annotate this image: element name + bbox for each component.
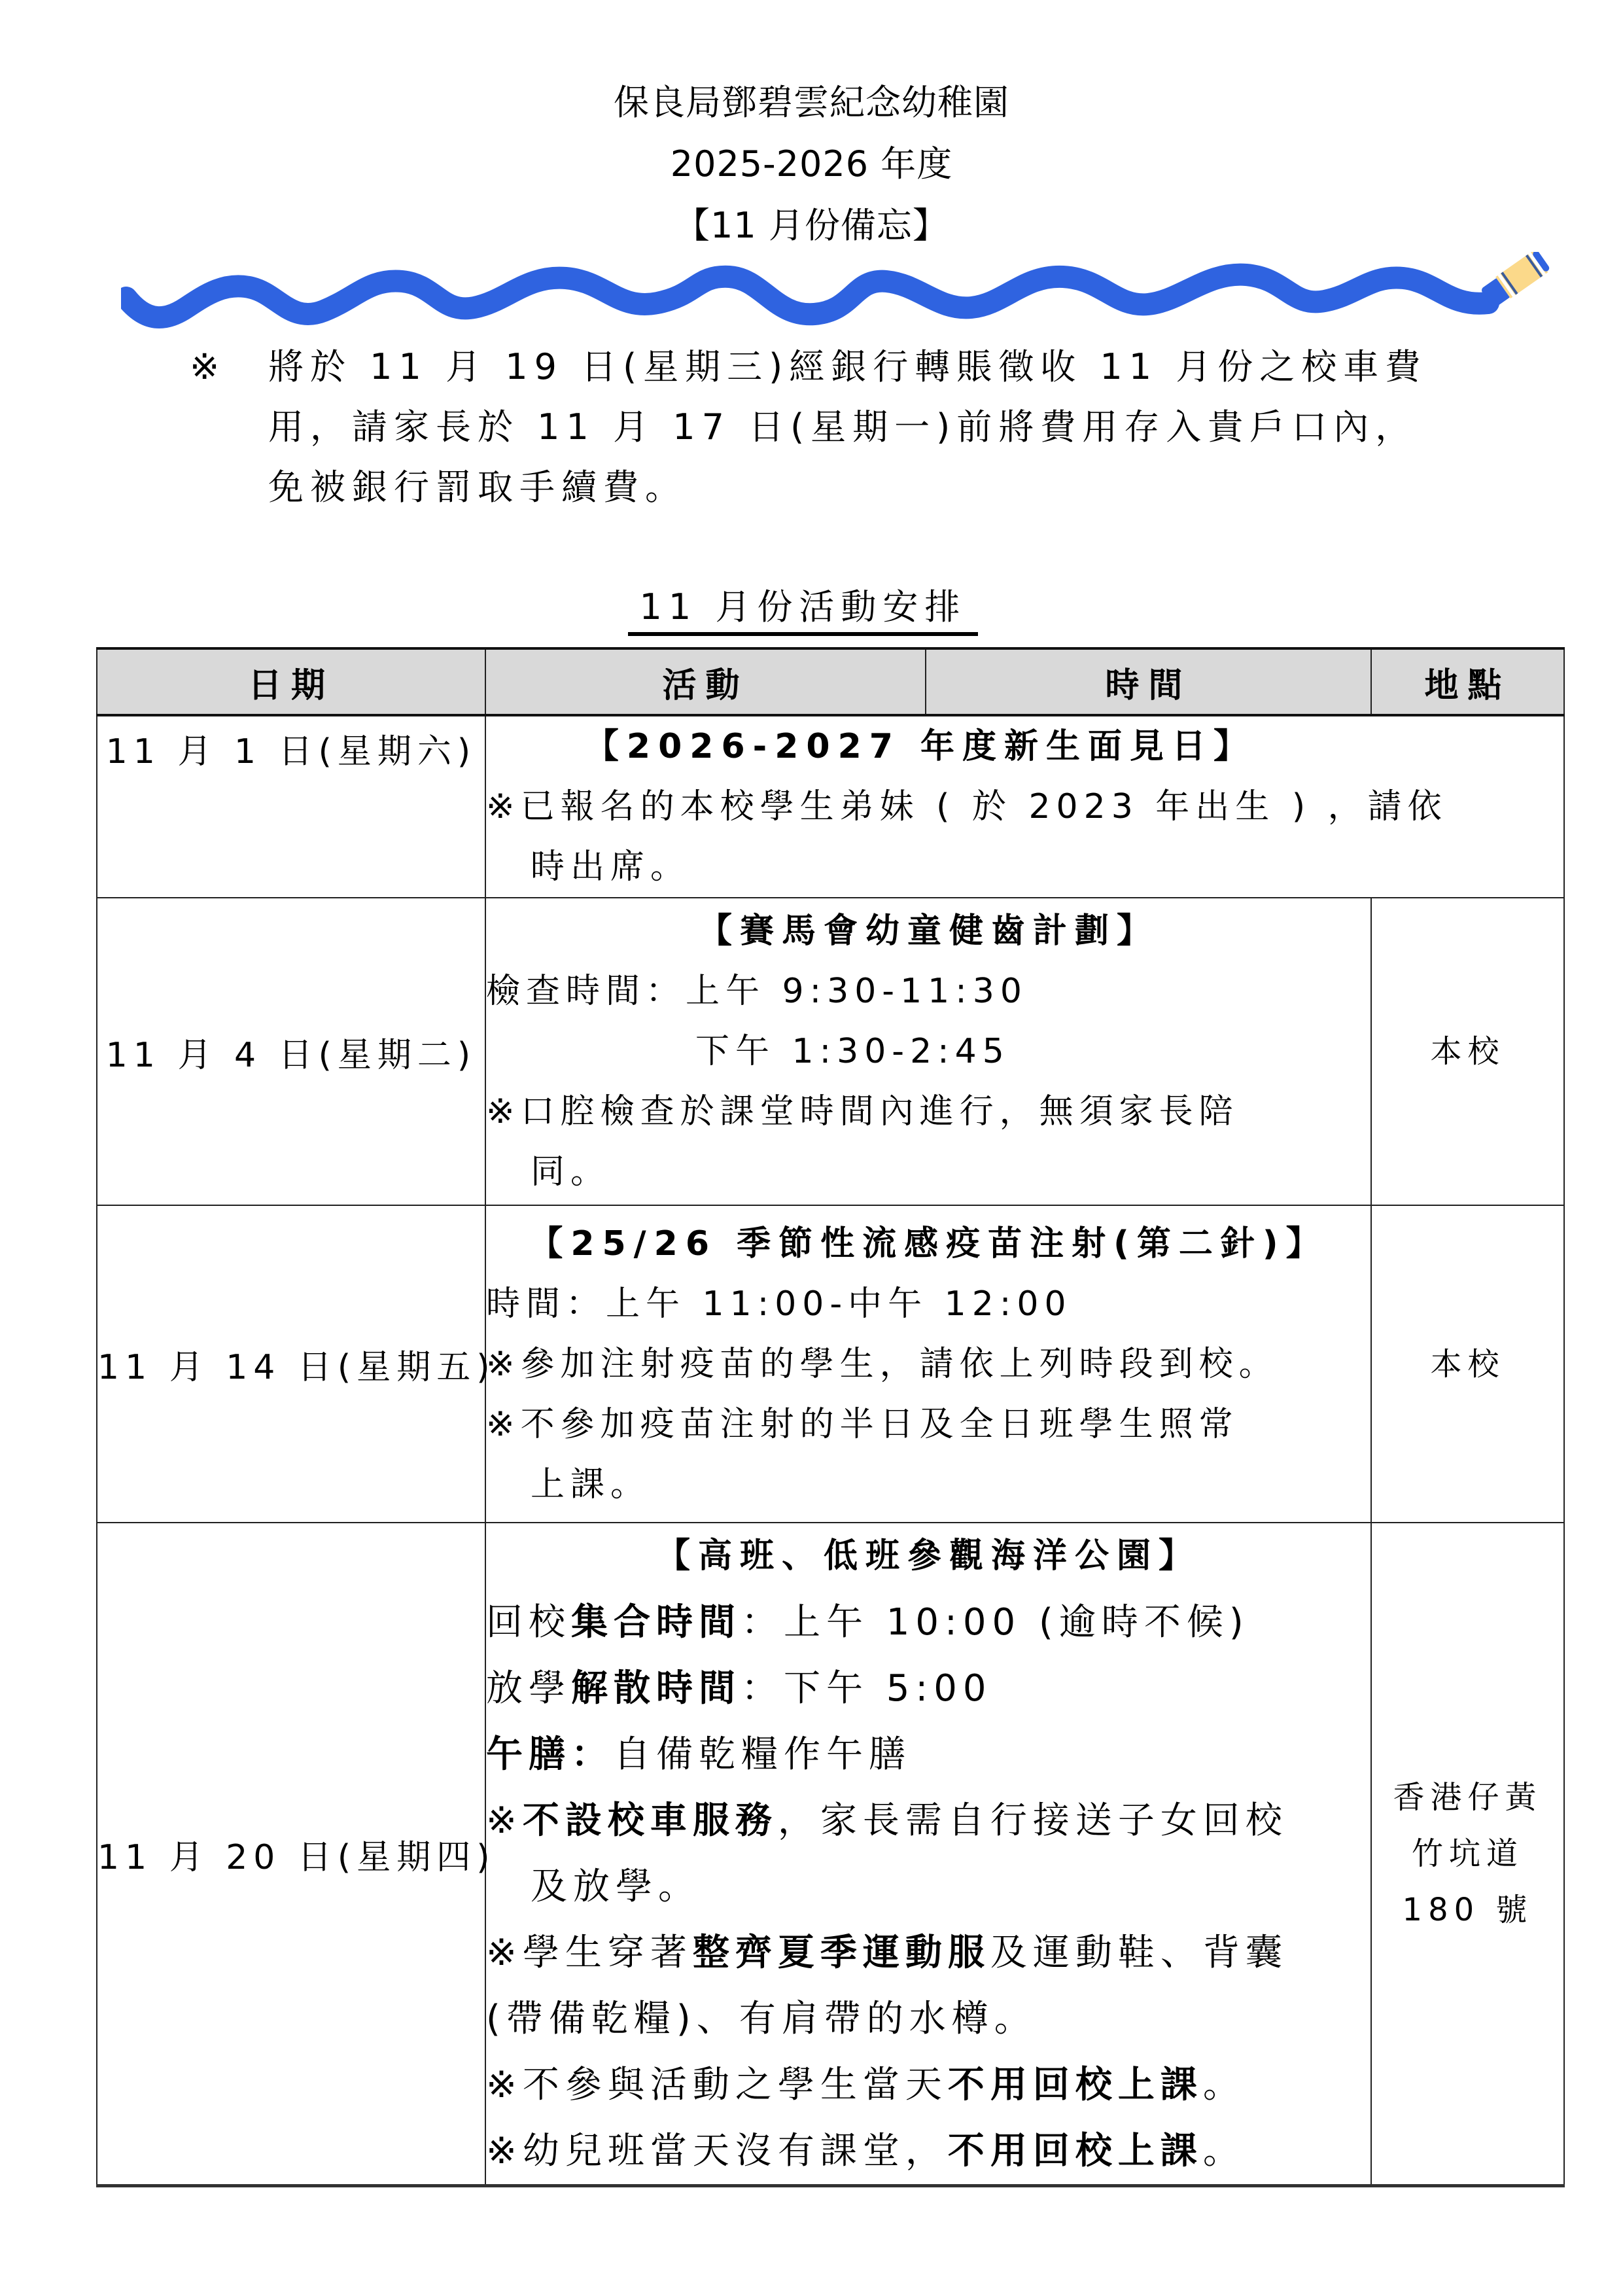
row-location: 本校 xyxy=(1371,898,1564,1205)
activity-line: 時出席。 xyxy=(486,837,1354,897)
lunch-label: 午膳： xyxy=(486,1733,614,1776)
table-row: 11 月 1 日(星期六) 【2026-2027 年度新生面見日】 ※已報名的本… xyxy=(97,715,1564,898)
activity-line: ※已報名的本校學生弟妹 ( 於 2023 年出生 ) ，請依 xyxy=(486,777,1354,837)
absent-prefix: ※不參與活動之學生當天 xyxy=(486,2064,948,2106)
document-header: 保良局鄧碧雲紀念幼稚園 2025-2026 年度 【11 月份備忘】 xyxy=(0,72,1623,256)
location-line: 竹坑道 xyxy=(1372,1826,1563,1882)
activity-line: 上課。 xyxy=(486,1455,1370,1515)
activity-title: 【2026-2027 年度新生面見日】 xyxy=(486,716,1354,777)
row-date: 11 月 4 日(星期二) xyxy=(97,898,485,1205)
row-location: 香港仔黃 竹坑道 180 號 xyxy=(1371,1523,1564,2186)
column-header-activity: 活動 xyxy=(485,648,926,715)
memo-title: 【11 月份備忘】 xyxy=(0,195,1623,256)
school-year: 2025-2026 年度 xyxy=(0,133,1623,195)
activity-title: 【高班、低班參觀海洋公園】 xyxy=(486,1523,1370,1589)
row-location: 本校 xyxy=(1371,1205,1564,1523)
dismissal-time-line: 放學解散時間：下午 5:00 xyxy=(486,1655,1370,1722)
activity-title: 【25/26 季節性流感疫苗注射(第二針)】 xyxy=(486,1214,1370,1274)
dismiss-label: 解散時間 xyxy=(571,1667,741,1710)
school-bus-line-cont: 及放學。 xyxy=(486,1854,1370,1920)
row-date: 11 月 1 日(星期六) xyxy=(97,715,485,898)
table-row: 11 月 20 日(星期四) 【高班、低班參觀海洋公園】 回校集合時間：上午 1… xyxy=(97,1523,1564,2186)
school-name: 保良局鄧碧雲紀念幼稚園 xyxy=(0,72,1623,133)
assembly-prefix: 回校 xyxy=(486,1601,571,1644)
nursery-line: ※幼兒班當天沒有課堂，不用回校上課。 xyxy=(486,2118,1370,2184)
assembly-value: ：上午 10:00 (逾時不候) xyxy=(741,1601,1249,1644)
row-activity: 【25/26 季節性流感疫苗注射(第二針)】 時間：上午 11:00-中午 12… xyxy=(485,1205,1371,1523)
notice-line-3: 免被銀行罰取手續費。 xyxy=(190,457,1485,518)
dismiss-prefix: 放學 xyxy=(486,1667,571,1710)
table-header-row: 日期 活動 時間 地點 xyxy=(97,648,1564,715)
assembly-label: 集合時間 xyxy=(571,1601,741,1644)
reference-mark-icon: ※ xyxy=(486,1799,523,1842)
uniform-line-cont: (帶備乾糧)、有肩帶的水樽。 xyxy=(486,1986,1370,2052)
activity-title: 【賽馬會幼童健齒計劃】 xyxy=(486,901,1370,961)
assembly-time-line: 回校集合時間：上午 10:00 (逾時不候) xyxy=(486,1589,1370,1655)
table-row: 11 月 14 日(星期五) 【25/26 季節性流感疫苗注射(第二針)】 時間… xyxy=(97,1205,1564,1523)
row-activity: 【高班、低班參觀海洋公園】 回校集合時間：上午 10:00 (逾時不候) 放學解… xyxy=(485,1523,1371,2186)
activity-schedule-table: 日期 活動 時間 地點 11 月 1 日(星期六) 【2026-2027 年度新… xyxy=(96,647,1565,2187)
column-header-location: 地點 xyxy=(1371,648,1564,715)
table-row: 11 月 4 日(星期二) 【賽馬會幼童健齒計劃】 檢查時間：上午 9:30-1… xyxy=(97,898,1564,1205)
notice-line-1: 將於 11 月 19 日(星期三)經銀行轉賬徵收 11 月份之校車費 xyxy=(268,346,1427,387)
nursery-prefix: ※幼兒班當天沒有課堂， xyxy=(486,2130,948,2172)
location-line: 180 號 xyxy=(1372,1882,1563,1938)
wavy-crayon-line-icon xyxy=(121,252,1554,330)
activity-line: 同。 xyxy=(486,1142,1370,1202)
uniform-line: ※學生穿著整齊夏季運動服及運動鞋、背囊 xyxy=(486,1920,1370,1986)
uniform-note: 及運動鞋、背囊 xyxy=(990,1932,1288,1974)
uniform-label: 整齊夏季運動服 xyxy=(693,1932,990,1974)
uniform-prefix: ※學生穿著 xyxy=(486,1932,693,1974)
activity-line: 下午 1:30-2:45 xyxy=(486,1021,1370,1082)
reference-mark-icon: ※ xyxy=(190,337,268,397)
no-school-label: 不用回校上課 xyxy=(948,2064,1203,2106)
lunch-value: 自備乾糧作午膳 xyxy=(614,1733,911,1776)
activity-line: 檢查時間：上午 9:30-11:30 xyxy=(486,961,1370,1021)
nursery-end: 。 xyxy=(1203,2130,1246,2172)
no-bus-label: 不設校車服務 xyxy=(523,1799,778,1842)
row-activity: 【2026-2027 年度新生面見日】 ※已報名的本校學生弟妹 ( 於 2023… xyxy=(485,715,1564,898)
activity-line: ※參加注射疫苗的學生，請依上列時段到校。 xyxy=(486,1334,1370,1394)
notice-line-2: 用，請家長於 11 月 17 日(星期一)前將費用存入貴戶口內， xyxy=(190,397,1485,457)
bus-note: ，家長需自行接送子女回校 xyxy=(778,1799,1288,1842)
column-header-date: 日期 xyxy=(97,648,485,715)
absent-end: 。 xyxy=(1203,2064,1246,2106)
column-header-time: 時間 xyxy=(926,648,1371,715)
no-school-label: 不用回校上課 xyxy=(948,2130,1203,2172)
row-date: 11 月 20 日(星期四) xyxy=(97,1523,485,2186)
schedule-title: 11 月份活動安排 xyxy=(628,582,978,636)
activity-line: ※不參加疫苗注射的半日及全日班學生照常 xyxy=(486,1394,1370,1455)
row-date: 11 月 14 日(星期五) xyxy=(97,1205,485,1523)
location-line: 香港仔黃 xyxy=(1372,1769,1563,1826)
school-bus-line: ※不設校車服務，家長需自行接送子女回校 xyxy=(486,1788,1370,1854)
activity-line: ※口腔檢查於課堂時間內進行，無須家長陪 xyxy=(486,1082,1370,1142)
absent-students-line: ※不參與活動之學生當天不用回校上課。 xyxy=(486,2052,1370,2118)
lunch-line: 午膳：自備乾糧作午膳 xyxy=(486,1722,1370,1788)
bus-fee-notice: ※將於 11 月 19 日(星期三)經銀行轉賬徵收 11 月份之校車費 用，請家… xyxy=(190,337,1485,518)
activity-line: 時間：上午 11:00-中午 12:00 xyxy=(486,1274,1370,1334)
dismiss-value: ：下午 5:00 xyxy=(741,1667,992,1710)
row-activity: 【賽馬會幼童健齒計劃】 檢查時間：上午 9:30-11:30 下午 1:30-2… xyxy=(485,898,1371,1205)
